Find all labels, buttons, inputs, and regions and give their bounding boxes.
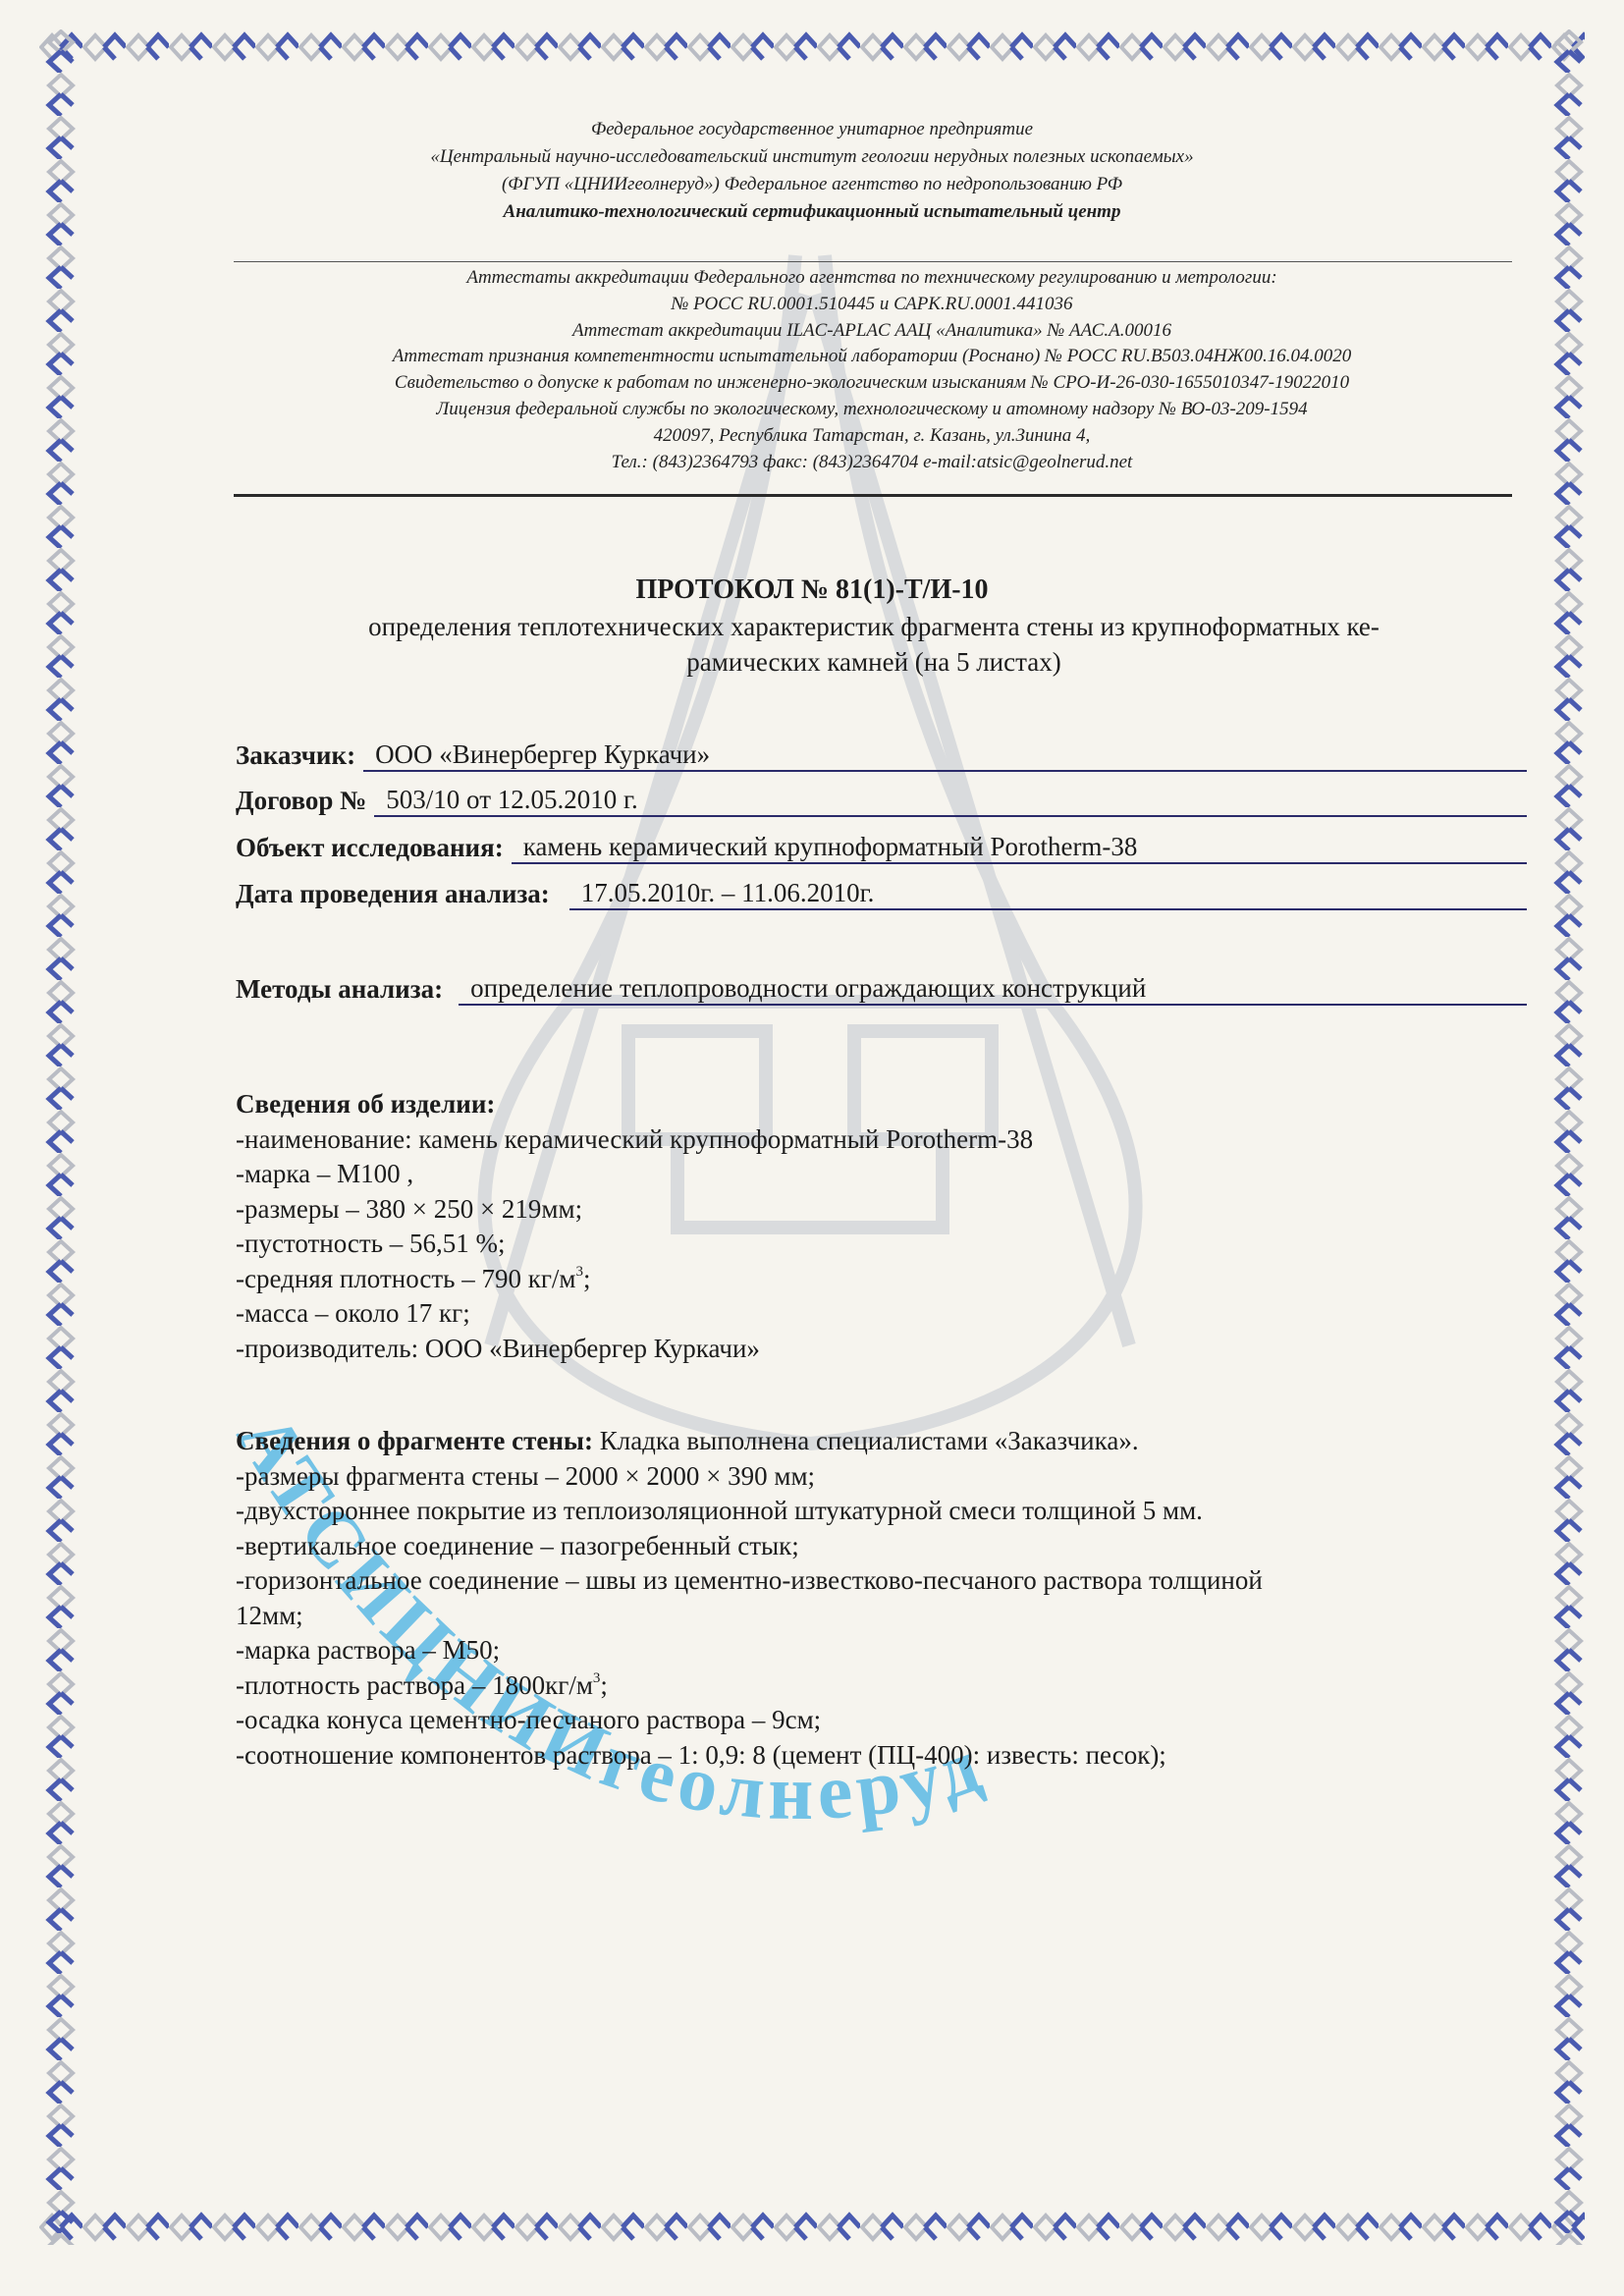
org-line: (ФГУП «ЦНИИгеолнеруд») Федеральное агент… <box>0 171 1624 198</box>
protocol-title: ПРОТОКОЛ № 81(1)-Т/И-10 <box>0 574 1624 607</box>
list-item: -двухстороннее покрытие из теплоизоляцио… <box>236 1494 1551 1529</box>
protocol-subtitle: определения теплотехнических характерист… <box>236 609 1512 680</box>
list-item: -размеры – 380 × 250 × 219мм; <box>236 1192 1551 1228</box>
field-object: Объект исследования: камень керамический… <box>236 831 1527 864</box>
list-item-density: -средняя плотность – 790 кг/м3; <box>236 1262 1551 1297</box>
accreditation-line: Свидетельство о допуске к работам по инж… <box>226 370 1518 397</box>
field-methods: Методы анализа: определение теплопроводн… <box>236 972 1527 1006</box>
field-label: Договор № <box>236 784 366 817</box>
list-item: -вертикальное соединение – пазогребенный… <box>236 1529 1551 1564</box>
subtitle-line: рамических камней (на 5 листах) <box>236 644 1512 680</box>
list-item: -пустотность – 56,51 %; <box>236 1227 1551 1262</box>
accreditation-line: Аттестат аккредитации ILAC-APLAC ААЦ «Ан… <box>226 318 1518 345</box>
header-divider-thin <box>234 261 1512 262</box>
field-value-customer: ООО «Винербергер Куркачи» <box>363 738 1527 772</box>
list-item: -производитель: ООО «Винербергер Куркачи… <box>236 1332 1551 1367</box>
decorative-border-top <box>39 29 1585 65</box>
product-info-section: Сведения об изделии: -наименование: каме… <box>236 1087 1551 1366</box>
field-label: Методы анализа: <box>236 972 443 1006</box>
decorative-border-bottom <box>39 2210 1585 2245</box>
list-item: -марка раствора – М50; <box>236 1633 1551 1668</box>
list-item: -горизонтальное соединение – швы из цеме… <box>236 1563 1551 1599</box>
organization-header: Федеральное государственное унитарное пр… <box>0 116 1624 226</box>
accreditation-line: Лицензия федеральной службы по экологиче… <box>226 397 1518 423</box>
field-label: Дата проведения анализа: <box>236 877 550 910</box>
decorative-border-right <box>1551 29 1587 2245</box>
list-item: -осадка конуса цементно-песчаного раство… <box>236 1703 1551 1738</box>
org-line: «Центральный научно-исследовательский ин… <box>0 143 1624 171</box>
wall-info-section: Сведения о фрагменте стены: Кладка выпол… <box>236 1424 1551 1773</box>
list-item-mortar-density: -плотность раствора – 1800кг/м3; <box>236 1668 1551 1704</box>
field-date: Дата проведения анализа: 17.05.2010г. – … <box>236 877 1527 910</box>
field-value-date: 17.05.2010г. – 11.06.2010г. <box>569 877 1527 910</box>
subtitle-line: определения теплотехнических характерист… <box>236 609 1512 644</box>
header-divider-thick <box>234 494 1512 497</box>
accreditation-line: Аттестат признания компетентности испыта… <box>226 344 1518 370</box>
accreditation-line: Аттестаты аккредитации Федерального аген… <box>226 265 1518 292</box>
wall-info-intro: Кладка выполнена специалистами «Заказчик… <box>593 1426 1139 1455</box>
wall-info-heading: Сведения о фрагменте стены: Кладка выпол… <box>236 1424 1551 1459</box>
field-contract: Договор № 503/10 от 12.05.2010 г. <box>236 784 1527 817</box>
list-item: -соотношение компонентов раствора – 1: 0… <box>236 1738 1551 1774</box>
field-customer: Заказчик: ООО «Винербергер Куркачи» <box>236 738 1527 772</box>
address-line: 420097, Республика Татарстан, г. Казань,… <box>226 423 1518 450</box>
field-value-contract: 503/10 от 12.05.2010 г. <box>374 784 1527 817</box>
list-item: -марка – М100 , <box>236 1157 1551 1192</box>
field-value-methods: определение теплопроводности ограждающих… <box>459 972 1527 1006</box>
section-title: Сведения об изделии: <box>236 1087 1551 1122</box>
section-title: Сведения о фрагменте стены: <box>236 1426 593 1455</box>
center-name: Аналитико-технологический сертификационн… <box>0 198 1624 226</box>
list-item: -размеры фрагмента стены – 2000 × 2000 ×… <box>236 1459 1551 1495</box>
contacts-line: Тел.: (843)2364793 факс: (843)2364704 e-… <box>226 450 1518 476</box>
org-line: Федеральное государственное унитарное пр… <box>0 116 1624 143</box>
list-item: -наименование: камень керамический крупн… <box>236 1122 1551 1158</box>
list-item: 12мм; <box>236 1599 1551 1634</box>
list-item: -масса – около 17 кг; <box>236 1296 1551 1332</box>
field-value-object: камень керамический крупноформатный Poro… <box>512 831 1527 864</box>
accreditation-line: № РОСС RU.0001.510445 и САРК.RU.0001.441… <box>226 292 1518 318</box>
decorative-border-left <box>43 29 79 2245</box>
field-label: Заказчик: <box>236 738 355 772</box>
accreditation-block: Аттестаты аккредитации Федерального аген… <box>226 265 1518 475</box>
field-label: Объект исследования: <box>236 831 504 864</box>
